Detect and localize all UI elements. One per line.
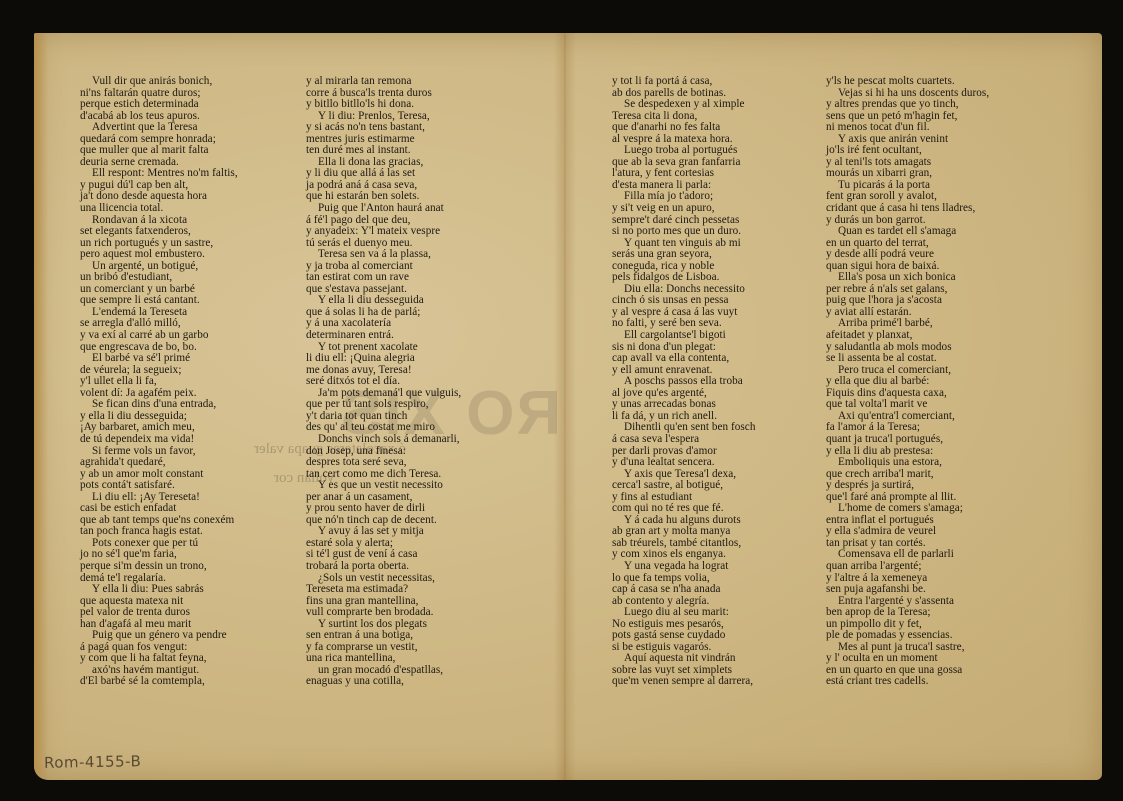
verse-line: determinaren entrá. <box>306 330 461 342</box>
verse-line: El barbé va sé'l primé <box>80 353 238 365</box>
verse-line: y bitllo bitllo'ls hi dona. <box>306 99 461 111</box>
verse-line: que d'anarhi no fes falta <box>612 122 755 134</box>
verse-line: pel valor de trenta duros <box>80 607 238 619</box>
verse-line: y tot li fa portá á casa, <box>612 76 755 88</box>
verse-line: y si acás no'n tens bastant, <box>306 122 461 134</box>
verse-line: enaguas y una cotilla, <box>306 676 461 688</box>
verse-line: afeitadet y planxat, <box>826 330 989 342</box>
verse-line: cap á casa se n'ha anada <box>612 584 755 596</box>
text-column-3: y tot li fa portá á casa,ab dos parells … <box>612 76 755 688</box>
verse-line: perque estich determinada <box>80 99 238 111</box>
verse-line: Advertint que la Teresa <box>80 122 238 134</box>
verse-line: y altres prendas que yo tinch, <box>826 99 989 111</box>
verse-line: está criant tres cadells. <box>826 676 989 688</box>
verse-line: Y es que un vestit necessito <box>306 480 461 492</box>
verse-line: Y una vegada ha lograt <box>612 561 755 573</box>
verse-line: que'm venen sempre al darrera, <box>612 676 755 688</box>
verse-line: se li assenta be al costat. <box>826 353 989 365</box>
verse-line: ni menos tocat d'un fil. <box>826 122 989 134</box>
verse-line: ben aprop de la Teresa; <box>826 607 989 619</box>
verse-line: cridant que á casa hi tens lladres, <box>826 203 989 215</box>
verse-line: set elegants fatxenderos, <box>80 226 238 238</box>
verse-line: y anyadeix: Y'l mateix vespre <box>306 226 461 238</box>
verse-line: Ell cargolantse'l bigoti <box>612 330 755 342</box>
verse-line: y d'una lealtat sencera. <box>612 457 755 469</box>
verse-line: Emboliquis una estora, <box>826 457 989 469</box>
verse-line: Quan es tardet ell s'amaga <box>826 226 989 238</box>
verse-line: perque si'm dessin un trono, <box>80 561 238 573</box>
verse-line: quan arriba l'argenté; <box>826 561 989 573</box>
verse-line: y si't veig en un apuro, <box>612 203 755 215</box>
verse-line: y al mirarla tan remona <box>306 76 461 88</box>
text-column-1: Vull dir que anirás bonich,ni'ns faltará… <box>80 76 238 688</box>
verse-line: vull comprarte ben brodada. <box>306 607 461 619</box>
verse-line: Se despedexen y al ximple <box>612 99 755 111</box>
verse-line: li diu ell: ¡Quina alegria <box>306 353 461 365</box>
verse-line: Donchs vinch sols á demanarli, <box>306 434 461 446</box>
verse-line: de tú dependeix ma vida! <box>80 434 238 446</box>
verse-line: trobará la porta oberta. <box>306 561 461 573</box>
verse-line: agrahida't quedaré, <box>80 457 238 469</box>
verse-line: y va exí al carré ab un garbo <box>80 330 238 342</box>
verse-line: despres tota seré seva, <box>306 457 461 469</box>
verse-line: pots contá't satisfaré. <box>80 480 238 492</box>
verse-line: Puig que l'Anton haurá anat <box>306 203 461 215</box>
verse-line: y després ja surtirá, <box>826 480 989 492</box>
center-fold <box>554 33 576 780</box>
verse-line: d'El barbé sé la comtempla, <box>80 676 238 688</box>
verse-line: si no porto mes que un duro. <box>612 226 755 238</box>
verse-line: y'ls he pescat molts cuartets. <box>826 76 989 88</box>
verse-line: cerca'l sastre, al botigué, <box>612 480 755 492</box>
verse-line: cap avall va ella contenta, <box>612 353 755 365</box>
verse-line: Luego diu al seu marit: <box>612 607 755 619</box>
pencil-catalog-annotation: Rom-4155-B <box>44 752 142 772</box>
verse-line: á casa seva l'espera <box>612 434 755 446</box>
verse-line: Tereseta ma estimada? <box>306 584 461 596</box>
verse-line: Y ella li diu: Pues sabrás <box>80 584 238 596</box>
verse-line: sen puja agafanshi be. <box>826 584 989 596</box>
verse-line: una llicencia total. <box>80 203 238 215</box>
verse-line: Vull dir que anirás bonich, <box>80 76 238 88</box>
text-column-2: y al mirarla tan remonacorre á busca'ls … <box>306 76 461 688</box>
text-column-4: y'ls he pescat molts cuartets.Vejas si h… <box>826 76 989 688</box>
verse-line: quant ja truca'l portugués, <box>826 434 989 446</box>
